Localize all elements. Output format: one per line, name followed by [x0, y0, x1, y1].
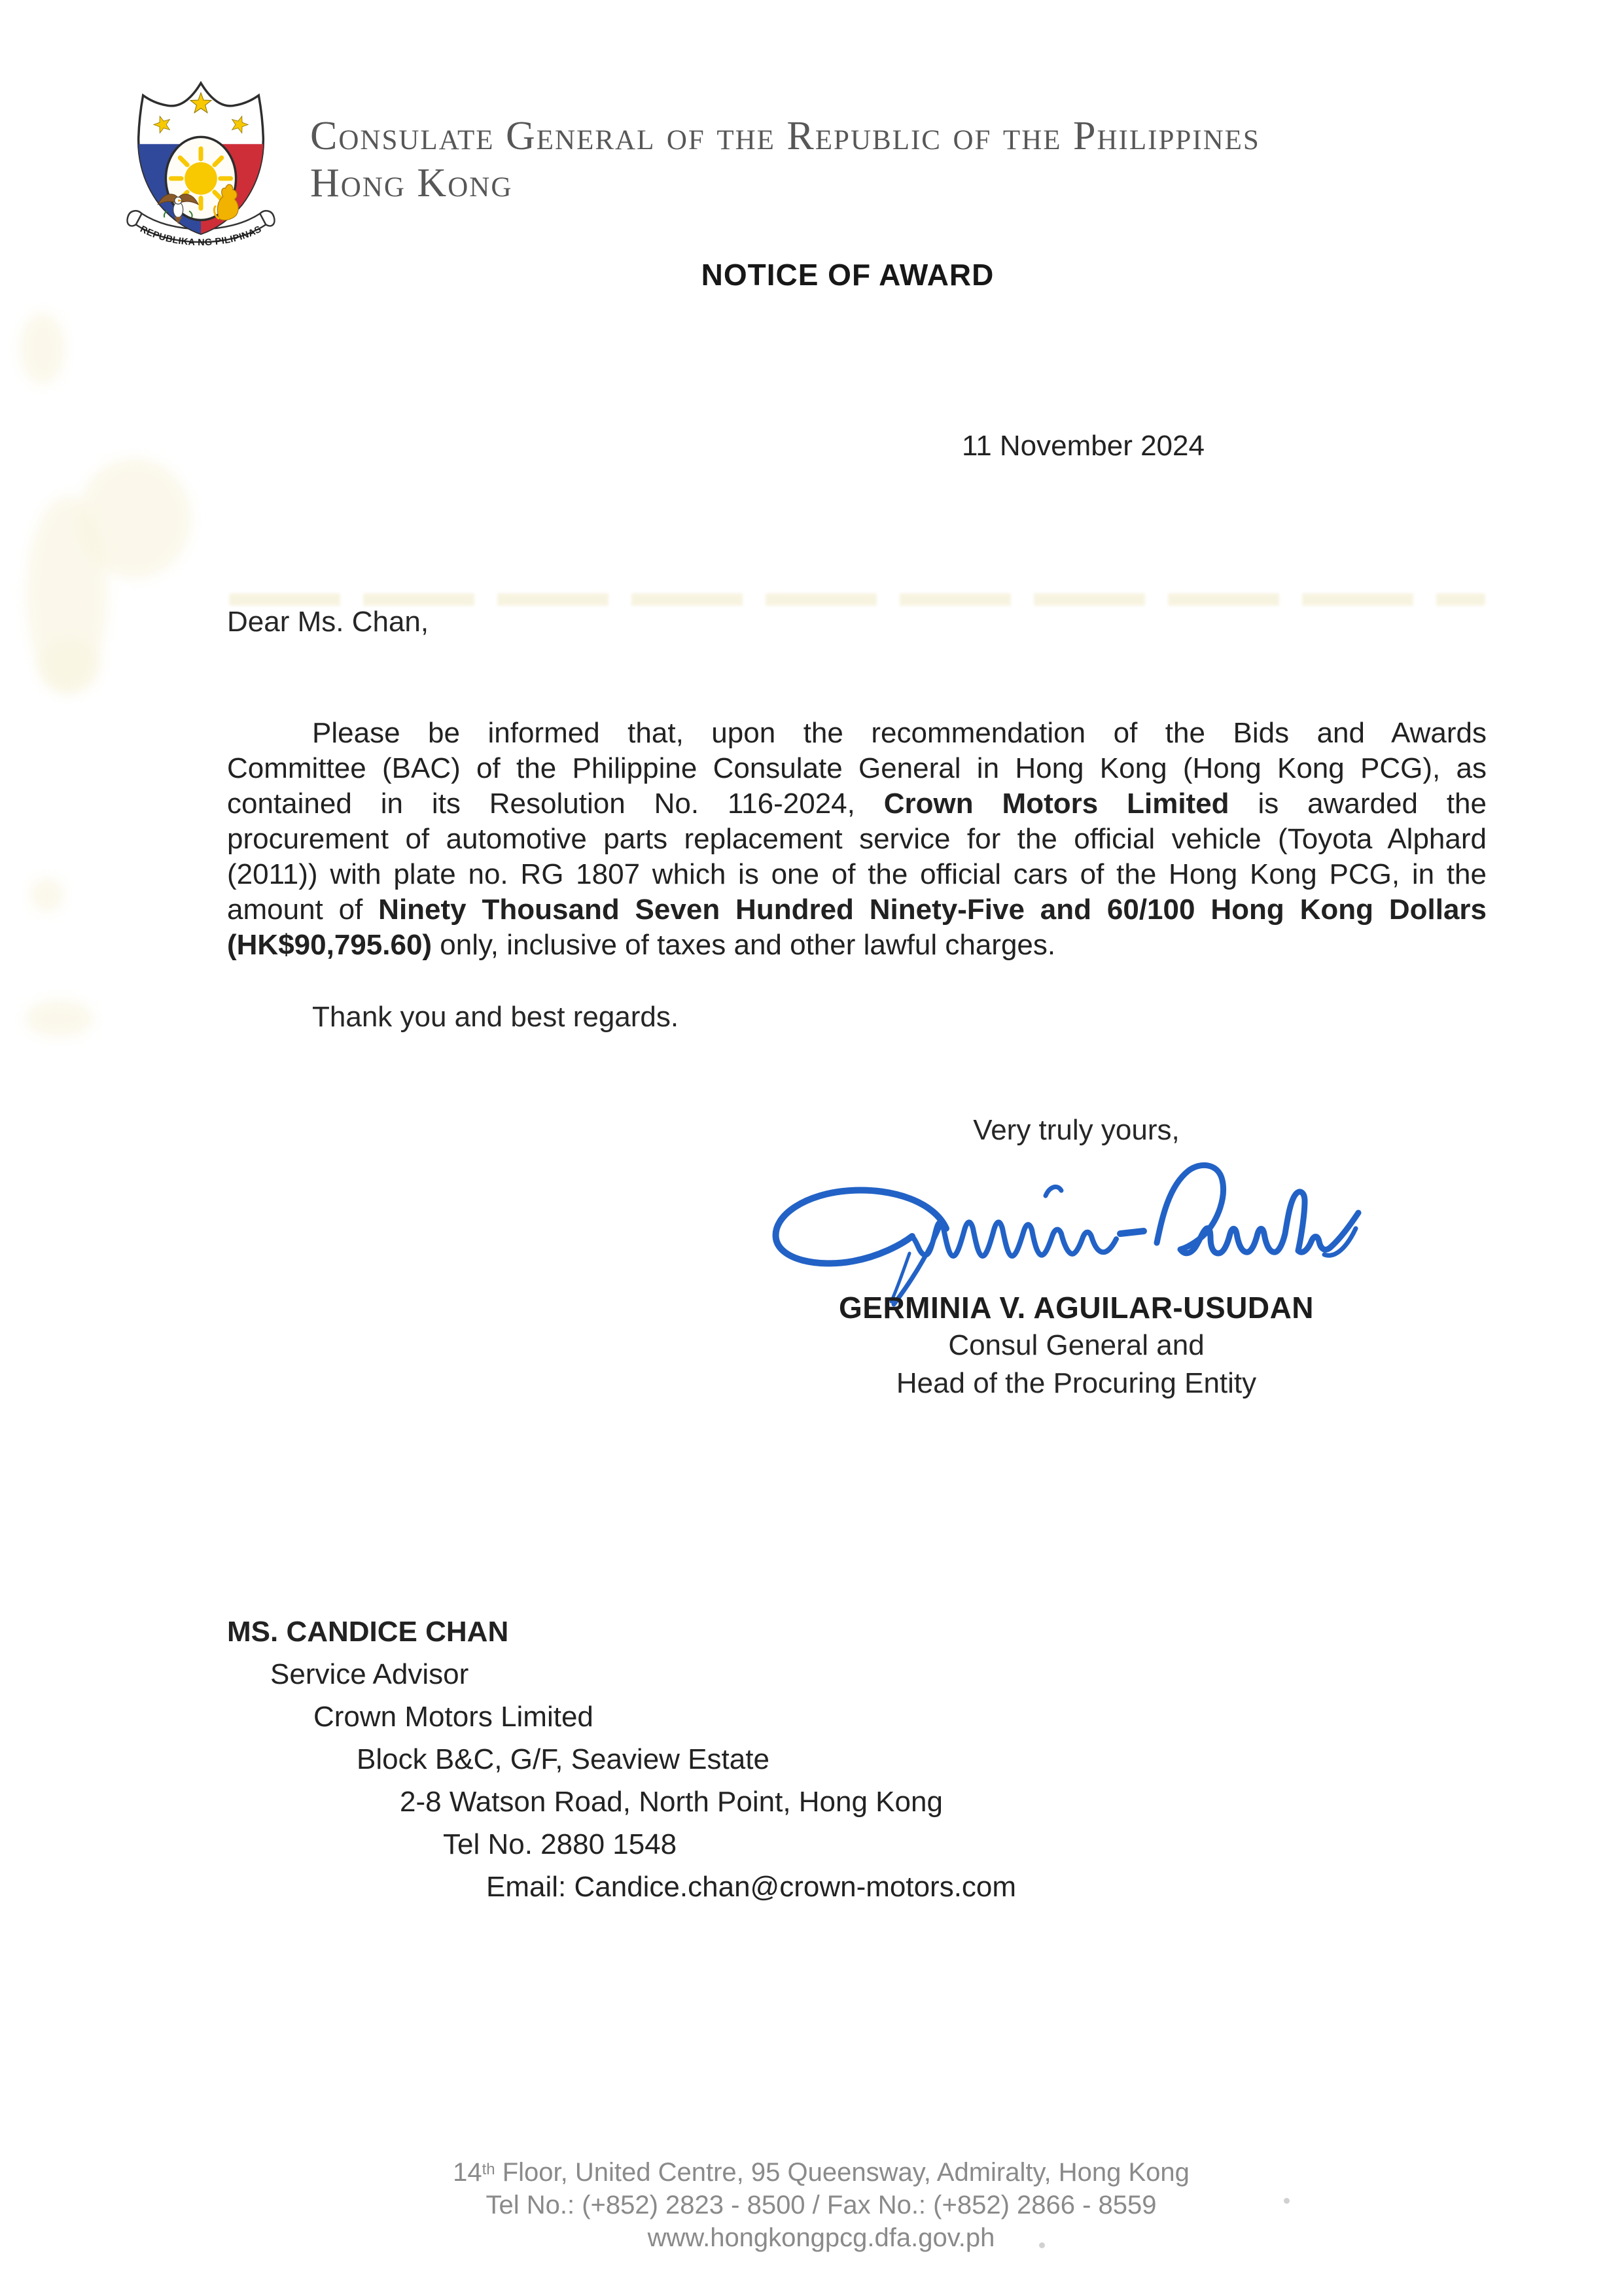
body-text: contained in its Resolution No. 116-2024…	[227, 788, 884, 820]
date-line: 11 November 2024	[962, 430, 1205, 462]
scan-artifact-blob	[20, 313, 65, 385]
body-line: contained in its Resolution No. 116-2024…	[227, 786, 1487, 822]
body-text: procurement of automotive parts replacem…	[227, 823, 1487, 855]
signer-name: GERMINIA V. AGUILAR-USUDAN	[684, 1290, 1469, 1325]
footer-address-rest: Floor, United Centre, 95 Queensway, Admi…	[495, 2158, 1190, 2187]
body-text: (2011)) with plate no. RG 1807 which is …	[227, 858, 1487, 890]
body-line: (HK$90,795.60) only, inclusive of taxes …	[227, 928, 1487, 963]
body-paragraph: Please be informed that, upon the recomm…	[227, 716, 1487, 963]
addressee-line: Service Advisor	[270, 1653, 1016, 1696]
letterhead: Consulate General of the Republic of the…	[310, 113, 1593, 207]
body-text: Please be informed that, upon the recomm…	[312, 717, 1487, 749]
footer-website: www.hongkongpcg.dfa.gov.ph	[265, 2221, 1377, 2254]
body-text: Committee (BAC) of the Philippine Consul…	[227, 752, 1487, 784]
addressee-line: Tel No. 2880 1548	[443, 1823, 1016, 1866]
body-text: only, inclusive of taxes and other lawfu…	[432, 929, 1055, 961]
scan-artifact-blob	[25, 1000, 94, 1037]
scan-artifact-blob	[30, 878, 64, 912]
philippines-coat-of-arms: REPUBLIKA NG PILIPINAS	[120, 77, 282, 258]
body-line: procurement of automotive parts replacem…	[227, 822, 1487, 857]
valediction: Very truly yours,	[684, 1114, 1469, 1147]
addressee-line: Email: Candice.chan@crown-motors.com	[486, 1866, 1016, 1908]
addressee-line: 2-8 Watson Road, North Point, Hong Kong	[400, 1781, 1016, 1823]
footer-address-ordinal: th	[482, 2161, 495, 2178]
award-amount-figures: (HK$90,795.60)	[227, 929, 432, 961]
addressee-line: Crown Motors Limited	[313, 1696, 1016, 1738]
scanned-letter-page: { "header": { "org_line1": "Consulate Ge…	[0, 0, 1624, 2296]
footer-address-number: 14	[453, 2158, 482, 2187]
footer-telfax: Tel No.: (+852) 2823 - 8500 / Fax No.: (…	[265, 2189, 1377, 2221]
awardee-name: Crown Motors Limited	[884, 788, 1229, 820]
footer-address: 14th Floor, United Centre, 95 Queensway,…	[265, 2153, 1377, 2189]
body-line: Please be informed that, upon the recomm…	[227, 716, 1487, 751]
document-title: NOTICE OF AWARD	[218, 257, 1477, 292]
letterhead-org-name: Consulate General of the Republic of the…	[310, 113, 1593, 160]
body-line: amount of Ninety Thousand Seven Hundred …	[227, 892, 1487, 928]
salutation: Dear Ms. Chan,	[227, 606, 429, 638]
body-text: amount of	[227, 894, 378, 926]
addressee-block: MS. CANDICE CHAN Service Advisor Crown M…	[227, 1610, 1016, 1908]
award-amount-words: Ninety Thousand Seven Hundred Ninety-Fiv…	[378, 894, 1487, 926]
scan-artifact-band	[229, 593, 1485, 606]
body-line: (2011)) with plate no. RG 1807 which is …	[227, 857, 1487, 892]
letterhead-city: Hong Kong	[310, 160, 1593, 207]
addressee-name: MS. CANDICE CHAN	[227, 1610, 1016, 1653]
addressee-line: Block B&C, G/F, Seaview Estate	[357, 1738, 1016, 1781]
closing-sentence: Thank you and best regards.	[312, 1001, 679, 1034]
scan-artifact-blob	[38, 638, 100, 693]
body-text: is awarded the	[1229, 788, 1487, 820]
page-footer: 14th Floor, United Centre, 95 Queensway,…	[265, 2153, 1377, 2254]
signature-ink	[738, 1155, 1366, 1312]
signer-title-1: Consul General and	[684, 1329, 1469, 1362]
signer-title-2: Head of the Procuring Entity	[684, 1367, 1469, 1400]
body-line: Committee (BAC) of the Philippine Consul…	[227, 751, 1487, 786]
